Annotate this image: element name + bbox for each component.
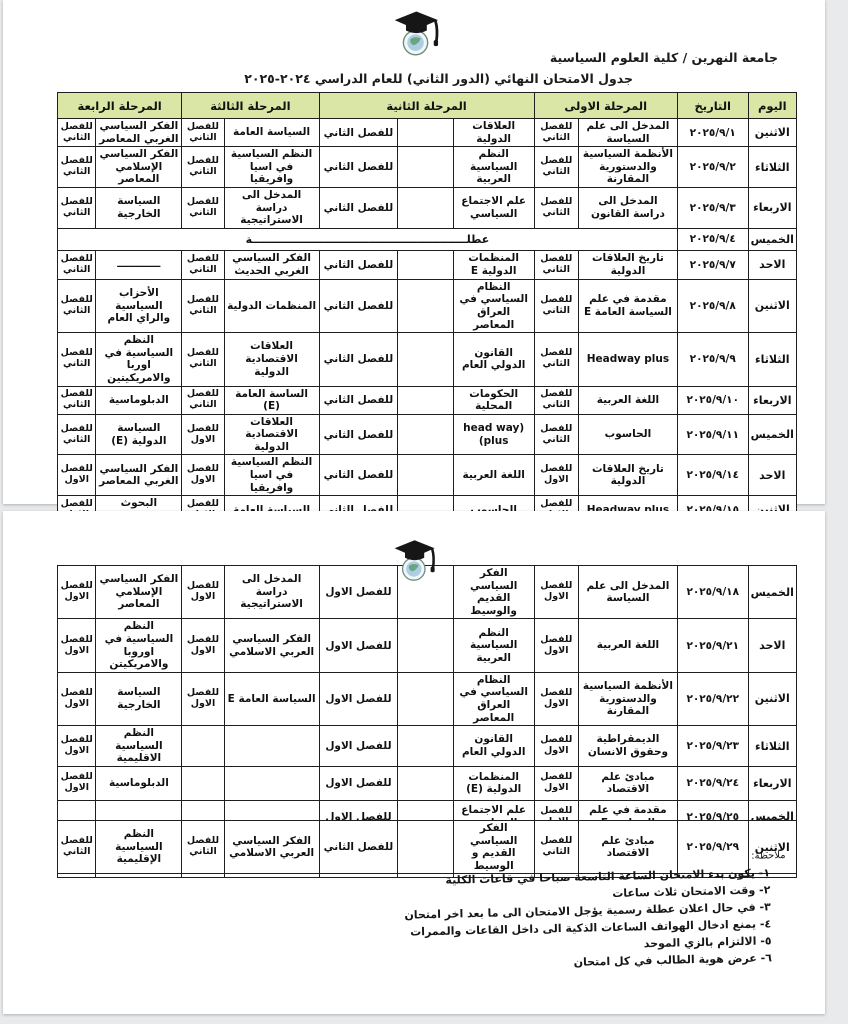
stage4-semester-cell: للفصل الثاني	[58, 333, 96, 386]
stage4-subject-cell: النظم السياسية الاقليمية	[96, 726, 182, 767]
stage4-semester-cell: للفصل الثاني	[58, 119, 96, 147]
stage3-semester-cell: للفصل الثاني	[182, 119, 224, 147]
graduation-cap-emblem-icon	[393, 537, 441, 585]
stage3-subject-cell: النظم السياسية في اسيا وافريقيا	[224, 147, 319, 188]
stage2-empty-cell	[398, 119, 454, 147]
stage3-semester-cell	[182, 766, 224, 800]
stage3-subject-cell: العلاقات الاقتصادية الدولية	[224, 414, 319, 455]
stage2-subject-cell: النظام السياسي في العراق المعاصر	[453, 672, 534, 725]
stage4-semester-cell: للفصل الاول	[58, 726, 96, 767]
date-cell: ٢٠٢٥/٩/٢	[677, 147, 748, 188]
stage1-semester-cell: للفصل الثاني	[534, 333, 578, 386]
stage2-semester-cell: للفصل الثاني	[319, 147, 398, 188]
stage4-semester-cell: للفصل الثاني	[58, 386, 96, 414]
stage2-semester-cell: للفصل الاول	[319, 619, 398, 672]
stage3-subject-cell: المدخل الى دراسة الاستراتيجية	[224, 187, 319, 228]
date-cell: ٢٠٢٥/٩/٨	[677, 279, 748, 332]
stage2-subject-cell: العلاقات الدولية	[453, 119, 534, 147]
document-background: جامعة النهرين / كلية العلوم السياسية جدو…	[0, 0, 848, 1024]
stage2-empty-cell	[398, 766, 454, 800]
stage3-subject-cell: النظم السياسية في اسيا وافريقيا	[224, 455, 319, 496]
stage1-semester-cell: للفصل الثاني	[534, 187, 578, 228]
day-cell: الثلاثاء	[748, 333, 796, 386]
stage3-subject-cell	[224, 726, 319, 767]
stage2-semester-cell: للفصل الاول	[319, 672, 398, 725]
day-cell: الثلاثاء	[748, 726, 796, 767]
notes-list: ١- يكون بدء الامتحان الساعة التاسعة صباح…	[403, 866, 788, 973]
stage4-semester-cell: للفصل الثاني	[58, 250, 96, 279]
table-row: الاثنين٢٠٢٥/٩/٨مقدمة في علم السياسة العا…	[58, 279, 797, 332]
stage3-subject-cell: المدخل الى دراسة الاستراتيجية	[224, 566, 319, 619]
table-row: الاربعاء٢٠٢٥/٩/١٠اللغة العربيةللفصل الثا…	[58, 386, 797, 414]
stage2-semester-cell: للفصل الثاني	[319, 821, 398, 874]
stage3-subject-cell: المنظمات الدولية	[224, 279, 319, 332]
stage3-subject-cell: العلاقات الاقتصادية الدولية	[224, 333, 319, 386]
stage4-subject-cell: السياسة الدولية (E)	[96, 414, 182, 455]
stage2-semester-cell: للفصل الثاني	[319, 414, 398, 455]
stage4-subject-cell: الدبلوماسية	[96, 386, 182, 414]
table-row: الثلاثاء٢٠٢٥/٩/٢الأنظمة السياسية والدستو…	[58, 147, 797, 188]
page-1: جامعة النهرين / كلية العلوم السياسية جدو…	[3, 0, 825, 504]
stage3-semester-cell: للفصل الثاني	[182, 250, 224, 279]
stage3-semester-cell: للفصل الاول	[182, 566, 224, 619]
page-2: الخميس٢٠٢٥/٩/١٨المدخل الى علم السياسةللف…	[3, 511, 825, 1014]
day-cell: الثلاثاء	[748, 147, 796, 188]
stage2-subject-cell: المنظمات الدولية E	[453, 250, 534, 279]
stage1-semester-cell: للفصل الثاني	[534, 250, 578, 279]
table-row: الاحد٢٠٢٥/٩/٧تاريخ العلاقات الدوليةللفصل…	[58, 250, 797, 279]
stage1-semester-cell: للفصل الاول	[534, 619, 578, 672]
stage1-subject-cell: اللغة العربية	[578, 619, 677, 672]
stage4-semester-cell: للفصل الاول	[58, 672, 96, 725]
stage4-semester-cell: للفصل الثاني	[58, 821, 96, 874]
table-row: الثلاثاء٢٠٢٥/٩/٩Headway plusللفصل الثاني…	[58, 333, 797, 386]
stage1-semester-cell: للفصل الثاني	[534, 119, 578, 147]
stage1-semester-cell: للفصل الثاني	[534, 279, 578, 332]
stage1-subject-cell: اللغة العربية	[578, 386, 677, 414]
stage1-semester-cell: للفصل الاول	[534, 672, 578, 725]
date-cell: ٢٠٢٥/٩/١١	[677, 414, 748, 455]
stage4-semester-cell: للفصل الاول	[58, 566, 96, 619]
stage3-semester-cell: للفصل الاول	[182, 414, 224, 455]
stage4-semester-cell: للفصل الثاني	[58, 187, 96, 228]
stage2-semester-cell: للفصل الثاني	[319, 250, 398, 279]
stage4-semester-cell: للفصل الثاني	[58, 414, 96, 455]
stage1-subject-cell: الأنظمة السياسية والدستورية المقارنة	[578, 147, 677, 188]
stage2-subject-cell: النظم السياسية العربية	[453, 147, 534, 188]
stage1-subject-cell: الديمقراطية وحقوق الانسان	[578, 726, 677, 767]
stage2-subject-cell: المنظمات الدولية (E)	[453, 766, 534, 800]
stage2-empty-cell	[398, 187, 454, 228]
stage3-semester-cell: للفصل الثاني	[182, 147, 224, 188]
stage3-subject-cell: الفكر السياسي العربي الاسلامي	[224, 821, 319, 874]
stage3-semester-cell: للفصل الثاني	[182, 821, 224, 874]
date-cell: ٢٠٢٥/٩/٧	[677, 250, 748, 279]
col-header-stage2: المرحلة الثانية	[319, 93, 534, 119]
stage4-semester-cell: للفصل الثاني	[58, 147, 96, 188]
header-row: اليومالتاريخالمرحلة الاولىالمرحلة الثاني…	[58, 93, 797, 119]
day-cell: الاحد	[748, 619, 796, 672]
date-cell: ٢٠٢٥/٩/٤	[677, 228, 748, 250]
stage1-subject-cell: الحاسوب	[578, 414, 677, 455]
stage2-empty-cell	[398, 455, 454, 496]
day-cell: الاثنين	[748, 119, 796, 147]
day-cell: الاثنين	[748, 672, 796, 725]
stage1-subject-cell: المدخل الى دراسة القانون	[578, 187, 677, 228]
stage3-semester-cell: للفصل الثاني	[182, 386, 224, 414]
stage2-subject-cell: (head way plus)	[453, 414, 534, 455]
stage4-subject-cell: النظم السياسية الإقليمية	[96, 821, 182, 874]
table-row: الاحد٢٠٢٥/٩/١٤تاريخ العلاقات الدوليةللفص…	[58, 455, 797, 496]
date-cell: ٢٠٢٥/٩/٢١	[677, 619, 748, 672]
stage2-empty-cell	[398, 279, 454, 332]
stage2-empty-cell	[398, 672, 454, 725]
stage2-empty-cell	[398, 726, 454, 767]
table-row: الاثنين٢٠٢٥/٩/٢٢الأنظمة السياسية والدستو…	[58, 672, 797, 725]
table-row: الاربعاء٢٠٢٥/٩/٣المدخل الى دراسة القانون…	[58, 187, 797, 228]
stage1-subject-cell: تاريخ العلاقات الدولية	[578, 250, 677, 279]
stage1-semester-cell: للفصل الاول	[534, 766, 578, 800]
day-cell: الاثنين	[748, 279, 796, 332]
date-cell: ٢٠٢٥/٩/١	[677, 119, 748, 147]
stage2-empty-cell	[398, 386, 454, 414]
stage3-subject-cell: السياسة العامة E	[224, 672, 319, 725]
table-row: الثلاثاء٢٠٢٥/٩/٢٣الديمقراطية وحقوق الانس…	[58, 726, 797, 767]
stage2-subject-cell: اللغة العربية	[453, 455, 534, 496]
table-row: الخميس٢٠٢٥/٩/١١الحاسوبللفصل الثاني(head …	[58, 414, 797, 455]
stage3-semester-cell	[182, 726, 224, 767]
stage4-subject-cell: الدبلوماسية	[96, 766, 182, 800]
day-cell: الخميس	[748, 228, 796, 250]
stage1-subject-cell: تاريخ العلاقات الدولية	[578, 455, 677, 496]
stage4-subject-cell: الفكر السياسي الإسلامي المعاصر	[96, 566, 182, 619]
table-row: الاحد٢٠٢٥/٩/٢١اللغة العربيةللفصل الاولال…	[58, 619, 797, 672]
stage1-semester-cell: للفصل الثاني	[534, 386, 578, 414]
stage1-subject-cell: مقدمة في علم السياسة العامة E	[578, 279, 677, 332]
graduation-cap-emblem-icon	[393, 8, 445, 60]
stage4-subject-cell: الأحزاب السياسية والراي العام	[96, 279, 182, 332]
stage2-semester-cell: للفصل الثاني	[319, 279, 398, 332]
stage3-semester-cell: للفصل الثاني	[182, 279, 224, 332]
date-cell: ٢٠٢٥/٩/٩	[677, 333, 748, 386]
stage2-semester-cell: للفصل الثاني	[319, 187, 398, 228]
table-row: الاثنين٢٠٢٥/٩/١المدخل الى علم السياسةللف…	[58, 119, 797, 147]
stage2-semester-cell: للفصل الثاني	[319, 455, 398, 496]
stage4-subject-cell: ــــــــــــ	[96, 250, 182, 279]
stage2-empty-cell	[398, 250, 454, 279]
date-cell: ٢٠٢٥/٩/٢٤	[677, 766, 748, 800]
stage2-semester-cell: للفصل الثاني	[319, 333, 398, 386]
schedule-title: جدول الامتحان النهائي (الدور الثاني) للع…	[244, 71, 633, 86]
stage1-semester-cell: للفصل الاول	[534, 726, 578, 767]
stage3-semester-cell: للفصل الاول	[182, 619, 224, 672]
stage3-semester-cell: للفصل الاول	[182, 672, 224, 725]
stage4-subject-cell: السياسة الخارجية	[96, 187, 182, 228]
stage1-semester-cell: للفصل الاول	[534, 455, 578, 496]
date-cell: ٢٠٢٥/٩/١٤	[677, 455, 748, 496]
stage4-semester-cell: للفصل الثاني	[58, 279, 96, 332]
date-cell: ٢٠٢٥/٩/٣	[677, 187, 748, 228]
stage2-empty-cell	[398, 414, 454, 455]
stage4-semester-cell: للفصل الاول	[58, 619, 96, 672]
col-header-stage3: المرحلة الثالثة	[182, 93, 319, 119]
stage1-subject-cell: الأنظمة السياسية والدستورية المقارنة	[578, 672, 677, 725]
stage2-subject-cell: النظام السياسي في العراق المعاصر	[453, 279, 534, 332]
col-header-day: اليوم	[748, 93, 796, 119]
stage2-semester-cell: للفصل الثاني	[319, 119, 398, 147]
stage2-subject-cell: القانون الدولي العام	[453, 726, 534, 767]
date-cell: ٢٠٢٥/٩/١٠	[677, 386, 748, 414]
date-cell: ٢٠٢٥/٩/٢٢	[677, 672, 748, 725]
stage2-subject-cell: النظم السياسية العربية	[453, 619, 534, 672]
stage4-subject-cell: الفكر السياسي الغربي المعاصر	[96, 455, 182, 496]
stage4-subject-cell: النظم السياسية في اوربا والامريكيتين	[96, 333, 182, 386]
note-item: ٦- عرض هوية الطالب في كل امتحان	[405, 951, 772, 972]
stage1-semester-cell: للفصل الاول	[534, 566, 578, 619]
stage3-semester-cell: للفصل الاول	[182, 455, 224, 496]
stage4-subject-cell: الفكر السياسي الغربي المعاصر	[96, 119, 182, 147]
notes-section: ملاحظة: ١- يكون بدء الامتحان الساعة التا…	[403, 850, 788, 977]
day-cell: الاربعاء	[748, 386, 796, 414]
day-cell: الاحد	[748, 250, 796, 279]
stage1-subject-cell: مبادئ علم الاقتصاد	[578, 766, 677, 800]
stage2-semester-cell: للفصل الاول	[319, 566, 398, 619]
stage3-semester-cell: للفصل الثاني	[182, 187, 224, 228]
stage1-subject-cell: المدخل الى علم السياسة	[578, 566, 677, 619]
stage4-subject-cell: الفكر السياسي الإسلامي المعاصر	[96, 147, 182, 188]
org-title: جامعة النهرين / كلية العلوم السياسية	[550, 50, 778, 65]
stage4-subject-cell: النظم السياسية في اوروبا والامريكيتن	[96, 619, 182, 672]
stage2-semester-cell: للفصل الاول	[319, 726, 398, 767]
col-header-stage4: المرحلة الرابعة	[58, 93, 182, 119]
stage3-semester-cell: للفصل الثاني	[182, 333, 224, 386]
stage1-semester-cell: للفصل الثاني	[534, 147, 578, 188]
stage2-empty-cell	[398, 333, 454, 386]
stage4-subject-cell: السياسة الخارجية	[96, 672, 182, 725]
stage2-subject-cell: علم الاجتماع السياسي	[453, 187, 534, 228]
stage2-subject-cell: القانون الدولي العام	[453, 333, 534, 386]
stage2-empty-cell	[398, 147, 454, 188]
holiday-cell: عطلـــــــــــــــــــــــــــــــــــــ…	[58, 228, 678, 250]
stage2-semester-cell: للفصل الاول	[319, 766, 398, 800]
stage2-subject-cell: الحكومات المحلية	[453, 386, 534, 414]
stage4-semester-cell: للفصل الاول	[58, 766, 96, 800]
day-cell: الخميس	[748, 414, 796, 455]
stage1-subject-cell: Headway plus	[578, 333, 677, 386]
stage1-subject-cell: المدخل الى علم السياسة	[578, 119, 677, 147]
date-cell: ٢٠٢٥/٩/٢٣	[677, 726, 748, 767]
day-cell: الخميس	[748, 566, 796, 619]
col-header-date: التاريخ	[677, 93, 748, 119]
stage3-subject-cell: الساسة العامة (E)	[224, 386, 319, 414]
stage3-subject-cell: السياسة العامة	[224, 119, 319, 147]
stage2-subject-cell: الفكر السياسي القديم والوسيط	[453, 566, 534, 619]
stage1-semester-cell: للفصل الثاني	[534, 414, 578, 455]
table-row: الخميس٢٠٢٥/٩/٤عطلـــــــــــــــــــــــ…	[58, 228, 797, 250]
stage4-semester-cell: للفصل الاول	[58, 455, 96, 496]
stage3-subject-cell: الفكر السياسي العربي الاسلامي	[224, 619, 319, 672]
stage2-empty-cell	[398, 619, 454, 672]
day-cell: الاحد	[748, 455, 796, 496]
date-cell: ٢٠٢٥/٩/١٨	[677, 566, 748, 619]
day-cell: الاربعاء	[748, 187, 796, 228]
stage3-subject-cell: الفكر السياسي الغربي الحديث	[224, 250, 319, 279]
stage3-subject-cell	[224, 766, 319, 800]
stage2-semester-cell: للفصل الثاني	[319, 386, 398, 414]
day-cell: الاربعاء	[748, 766, 796, 800]
table-row: الاربعاء٢٠٢٥/٩/٢٤مبادئ علم الاقتصادللفصل…	[58, 766, 797, 800]
col-header-stage1: المرحلة الاولى	[534, 93, 677, 119]
